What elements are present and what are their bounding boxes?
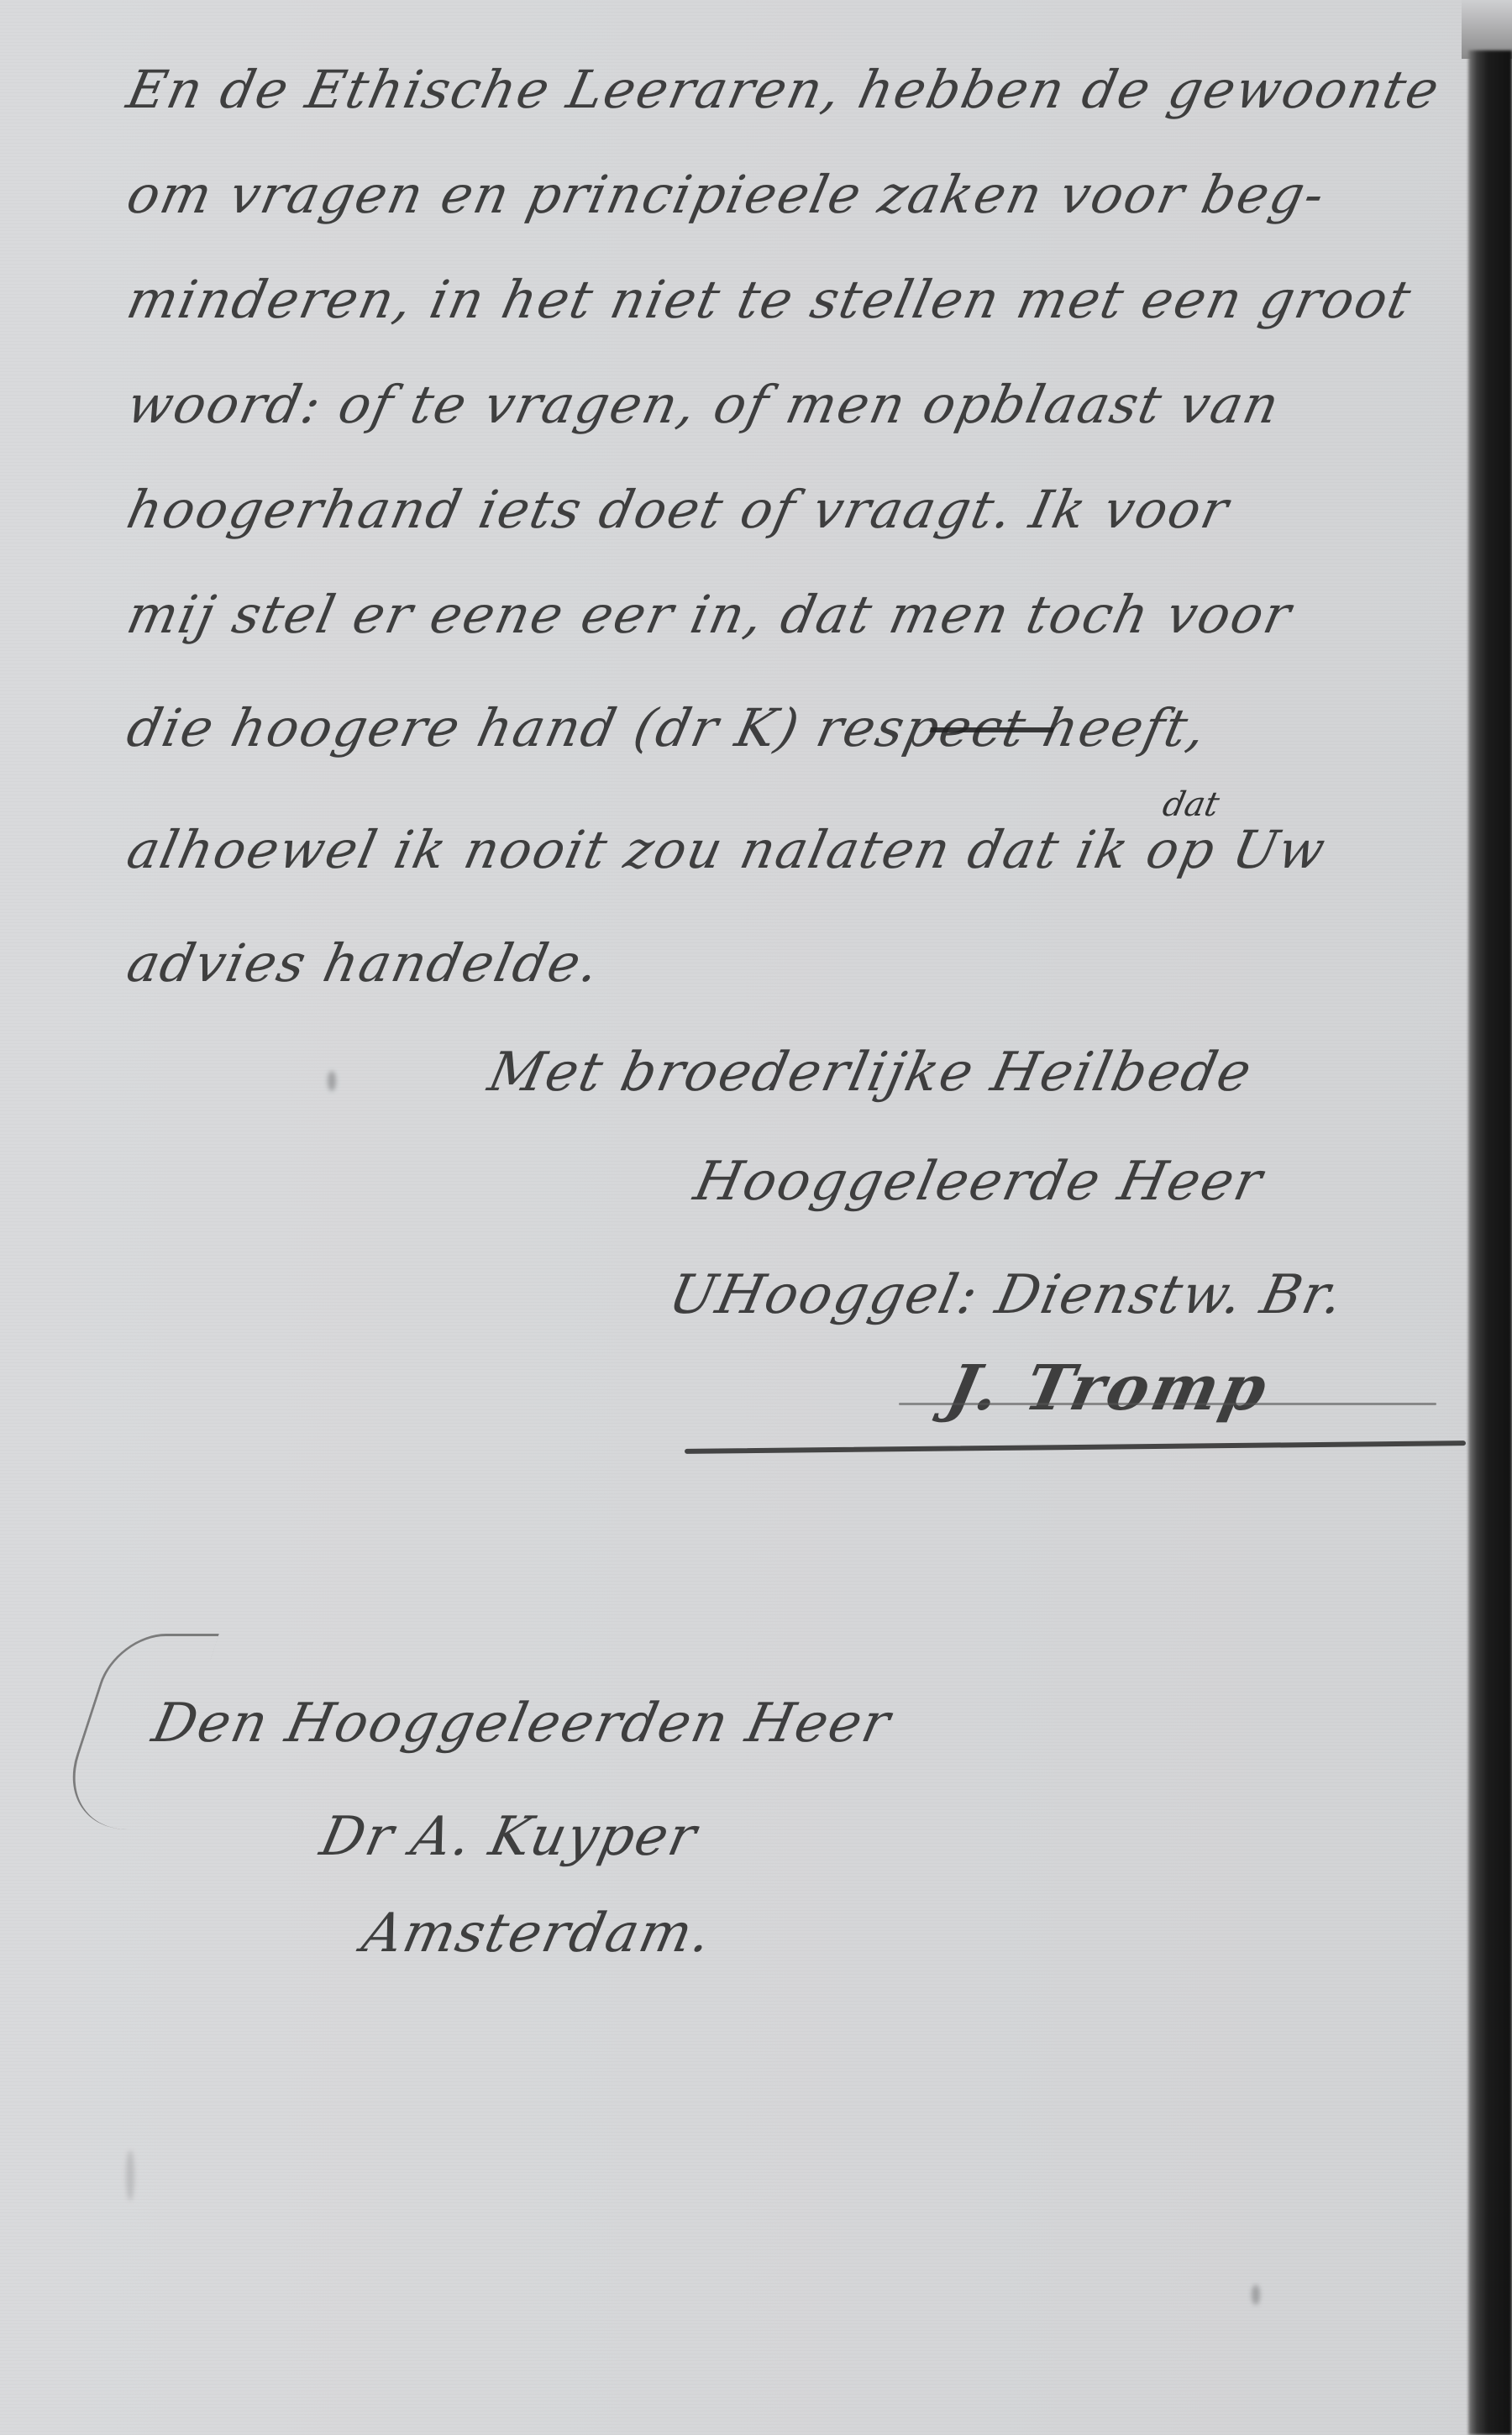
struck-word: toen (924, 697, 1060, 758)
scan-binding-edge (1468, 50, 1512, 2435)
body-line-6: mij stel er eene eer in, dat men toch vo… (122, 584, 1298, 645)
signature-underline (685, 1441, 1466, 1454)
paper-spot (1252, 2285, 1260, 2305)
address-line-2: Dr A. Kuyper (315, 1806, 703, 1868)
paper-spot (126, 2150, 134, 2201)
body-line-3: minderen, in het niet te stellen met een… (122, 269, 1418, 330)
signature: J. Tromp (941, 1352, 1276, 1425)
closing-line-3: UHooggel: Dienstw. Br. (664, 1264, 1350, 1326)
closing-line-2: Hooggeleerde Heer (689, 1151, 1269, 1213)
letter-page: En de Ethische Leeraren, hebben de gewoo… (0, 0, 1512, 2435)
body-line-8: alhoewel ik nooit zou nalaten dat ik op … (122, 819, 1332, 880)
body-line-1: En de Ethische Leeraren, hebben de gewoo… (122, 59, 1446, 120)
signature-flourish (899, 1403, 1436, 1405)
closing-salutation: Met broederlijke Heilbede (483, 1042, 1258, 1104)
body-line-4: woord: of te vragen, of men opblaast van (122, 374, 1286, 435)
paper-spot (328, 1071, 336, 1091)
address-line-1: Den Hooggeleerden Heer (147, 1692, 897, 1755)
address-line-3: Amsterdam. (357, 1902, 718, 1965)
body-line-2: om vragen en principieele zaken voor beg… (122, 164, 1331, 225)
body-line-9: advies handelde. (122, 932, 606, 994)
body-line-5: hoogerhand iets doet of vraagt. Ik voor (122, 479, 1235, 540)
